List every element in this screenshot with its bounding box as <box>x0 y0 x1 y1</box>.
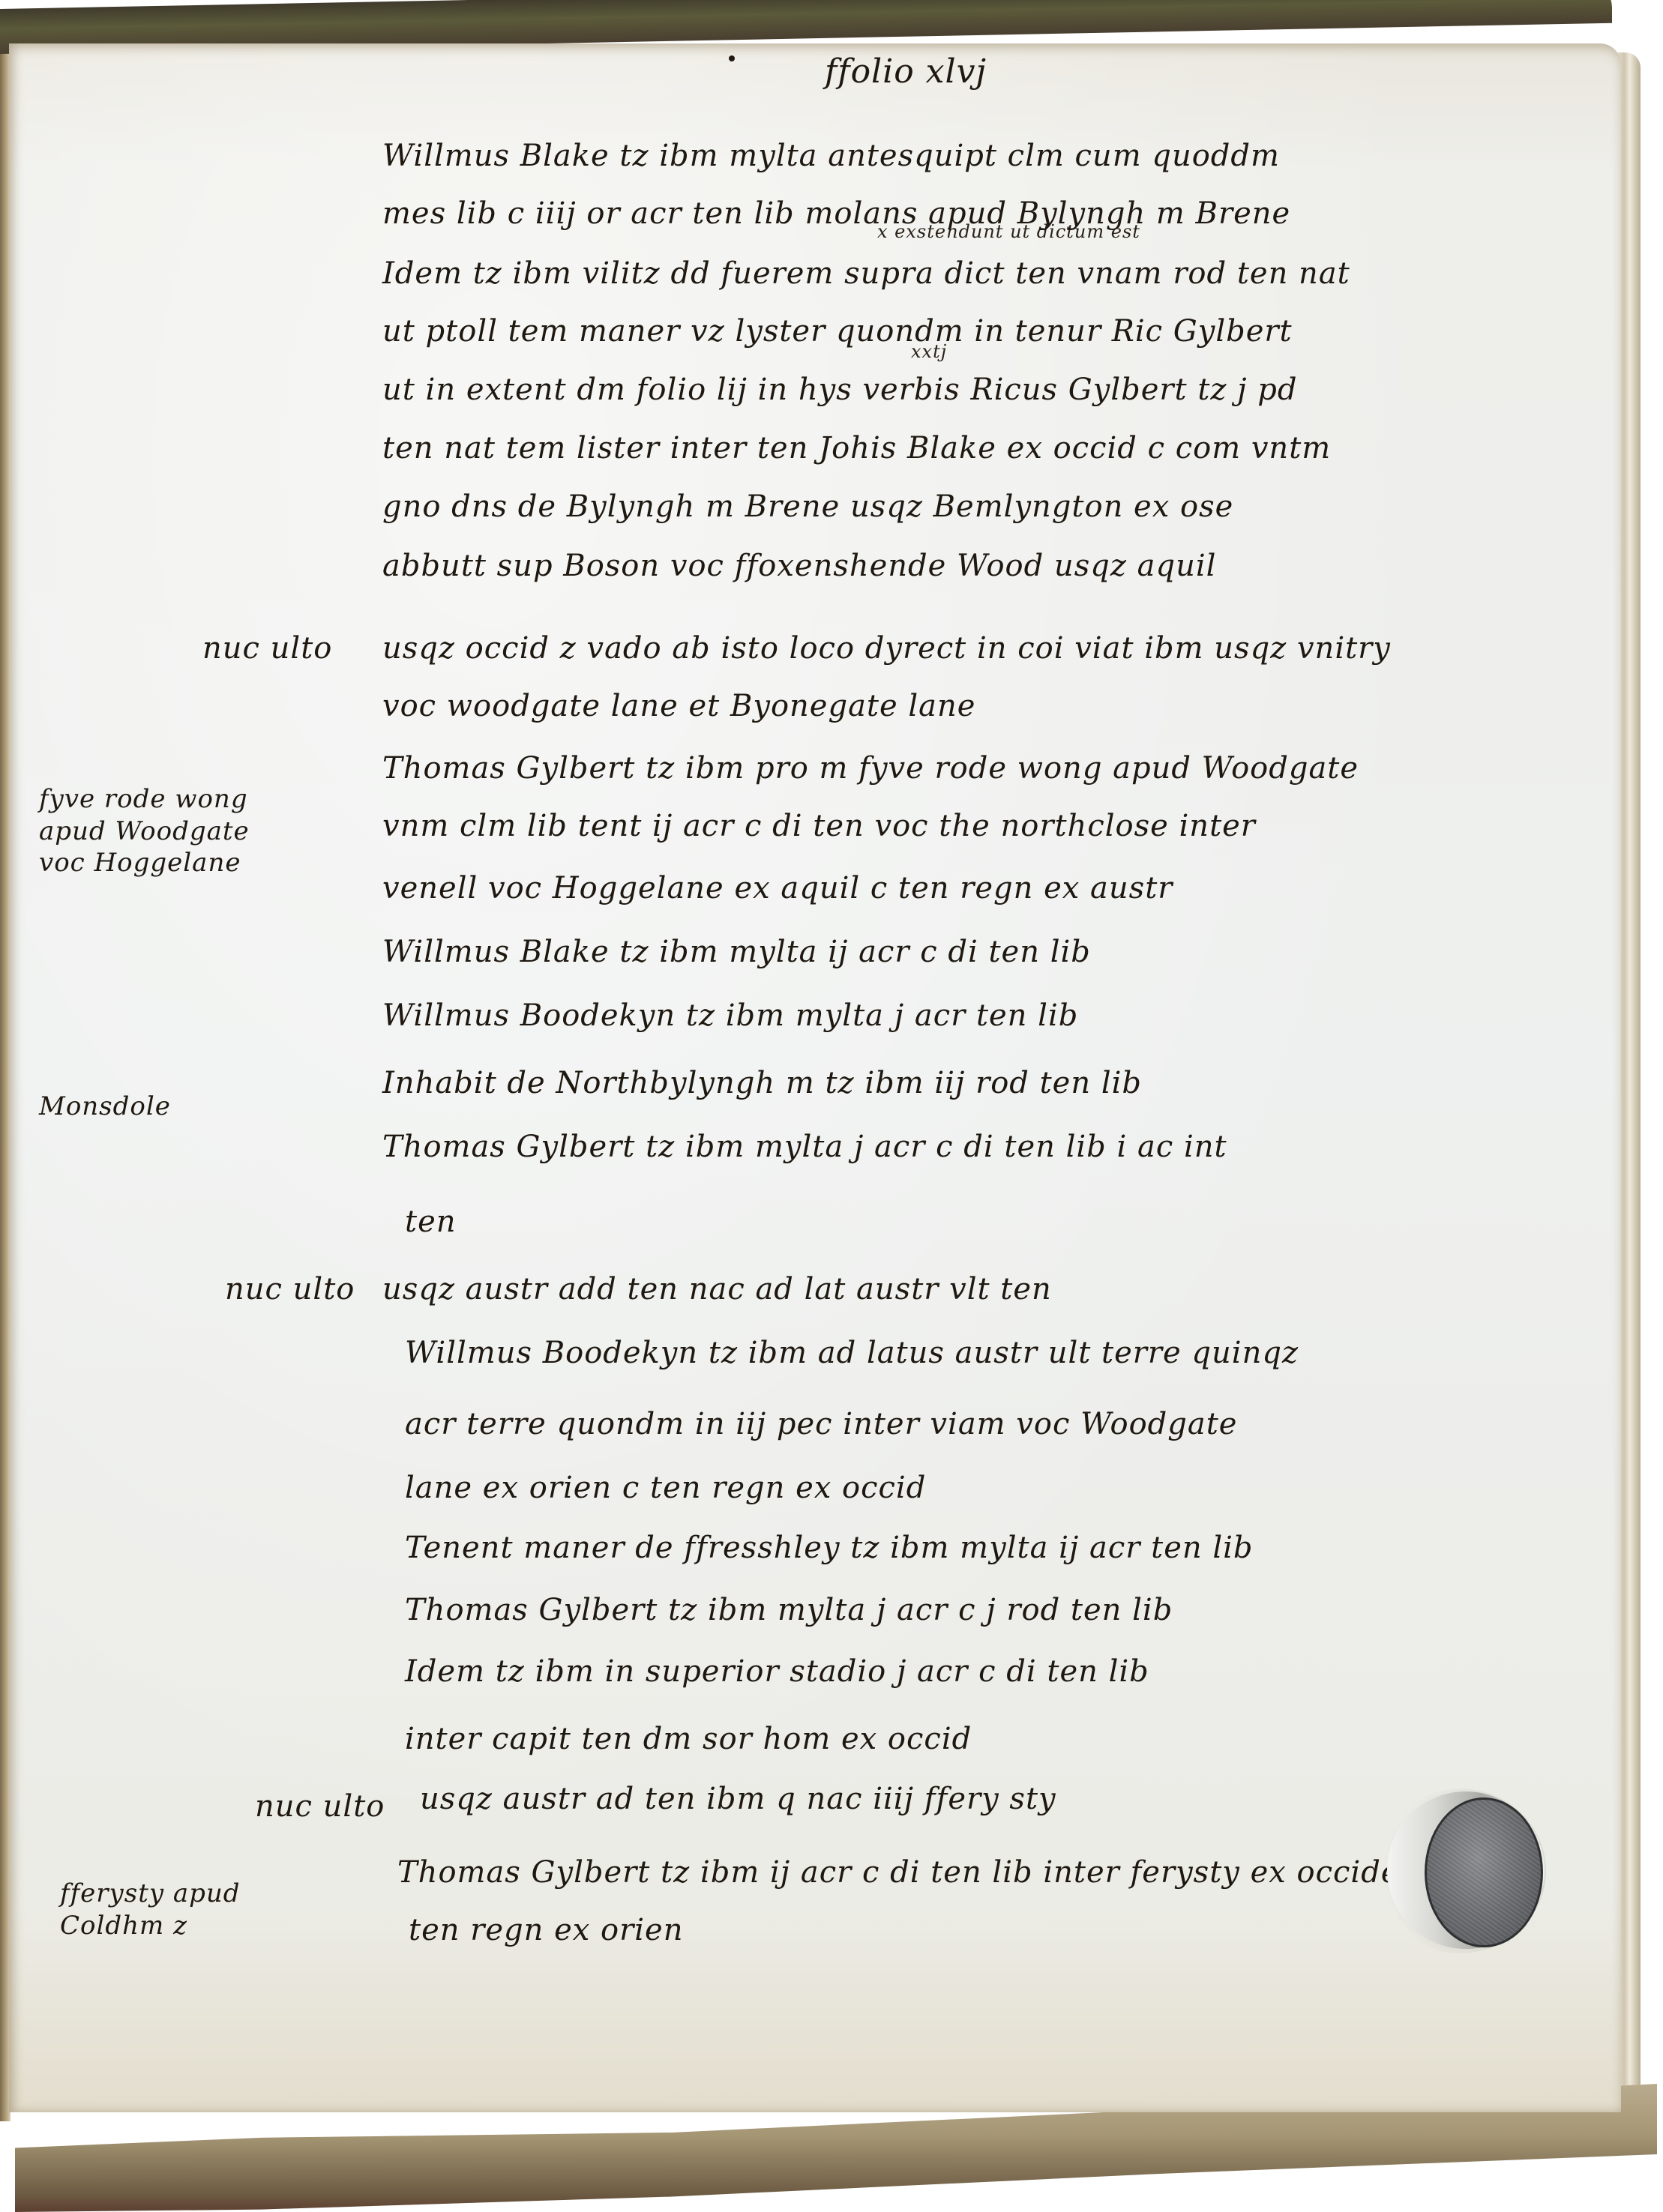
text-line: Willmus Boodekyn tz ibm mylta j acr ten … <box>382 1001 1078 1031</box>
text-line: Willmus Blake tz ibm mylta ij acr c di t… <box>382 937 1091 967</box>
text-line: Thomas Gylbert tz ibm ij acr c di ten li… <box>397 1857 1451 1887</box>
margin-note: fferysty apud Coldhm z <box>60 1878 241 1941</box>
margin-note-line: voc Hoggelane <box>39 847 250 879</box>
line-prefix: nuc ulto <box>255 1791 385 1821</box>
text-line: abbutt sup Boson voc ffoxenshende Wood u… <box>382 551 1216 581</box>
text-line: Idem tz ibm in superior stadio j acr c d… <box>405 1657 1149 1687</box>
text-line: ten <box>405 1207 457 1237</box>
metal-boss <box>1387 1791 1545 1949</box>
text-line: ut ptoll tem maner vz lyster quondm in t… <box>382 316 1293 346</box>
text-line: Thomas Gylbert tz ibm mylta j acr c di t… <box>382 1132 1227 1162</box>
margin-note: fyve rode wong apud Woodgate voc Hoggela… <box>39 783 250 879</box>
text-line: Thomas Gylbert tz ibm pro m fyve rode wo… <box>382 753 1359 783</box>
text-line: Thomas Gylbert tz ibm mylta j acr c j ro… <box>405 1595 1173 1625</box>
margin-note-line: apud Woodgate <box>39 816 250 848</box>
margin-note-line: Coldhm z <box>60 1910 241 1942</box>
text-line: mes lib c iiij or acr ten lib molans apu… <box>382 199 1290 229</box>
line-prefix: nuc ulto <box>225 1274 355 1304</box>
text-line: Willmus Boodekyn tz ibm ad latus austr u… <box>405 1338 1299 1368</box>
folio-number: ffolio xlvj <box>825 52 987 91</box>
text-line: lane ex orien c ten regn ex occid <box>405 1473 926 1503</box>
margin-note: Monsdole <box>39 1091 171 1123</box>
text-line: Tenent maner de ffresshley tz ibm mylta … <box>405 1533 1254 1563</box>
margin-note-line: fyve rode wong <box>39 783 250 816</box>
boss-face <box>1425 1797 1543 1947</box>
text-line: Inhabit de Northbylyngh m tz ibm iij rod… <box>382 1068 1142 1098</box>
text-line: ten regn ex orien <box>409 1915 683 1945</box>
text-line: inter capit ten dm sor hom ex occid <box>405 1724 972 1754</box>
text-line: ut in extent dm folio lij in hys verbis … <box>382 375 1298 405</box>
ink-dot <box>729 55 735 61</box>
text-line: usqz occid z vado ab isto loco dyrect in… <box>382 633 1391 663</box>
text-line: voc woodgate lane et Byonegate lane <box>382 691 975 721</box>
text-line: Willmus Blake tz ibm mylta antesquipt cl… <box>382 141 1280 171</box>
margin-note-line: Monsdole <box>39 1091 171 1123</box>
text-line: Idem tz ibm vilitz dd fuerem supra dict … <box>382 259 1350 289</box>
text-line: vnm clm lib tent ij acr c di ten voc the… <box>382 811 1256 841</box>
line-prefix: nuc ulto <box>202 633 332 663</box>
text-line: usqz austr ad ten ibm q nac iiij ffery s… <box>420 1784 1056 1814</box>
text-line: ten nat tem lister inter ten Johis Blake… <box>382 433 1331 463</box>
text-line: acr terre quondm in iij pec inter viam v… <box>405 1409 1237 1439</box>
text-line: usqz austr add ten nac ad lat austr vlt … <box>382 1274 1052 1304</box>
text-line: venell voc Hoggelane ex aquil c ten regn… <box>382 873 1173 903</box>
margin-note-line: fferysty apud <box>60 1878 241 1910</box>
text-line: gno dns de Bylyngh m Brene usqz Bemlyngt… <box>382 492 1233 522</box>
